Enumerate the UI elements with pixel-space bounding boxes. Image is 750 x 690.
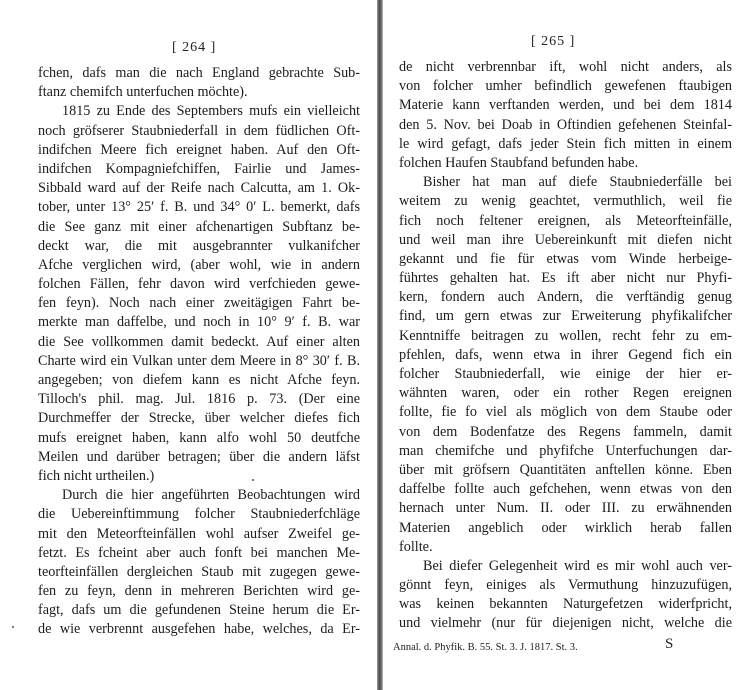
book-spread: [ 264 ] fchen, dafs man die nach England… — [0, 0, 750, 690]
text-line: folcher Staubniederfall, wie einige der … — [399, 365, 732, 384]
text-line: Tilloch's phil. mag. Jul. 1816 p. 73. (D… — [38, 390, 360, 409]
text-line: hernach unter Num. II. oder III. zu erwä… — [399, 499, 732, 518]
text-line: merkte man daffelbe, und noch in 10° 9′ … — [38, 313, 360, 332]
text-line: indifchen Meere fich ereignet haben. Auf… — [38, 141, 360, 160]
text-line: fich noch feltener ereignen, als Meteorf… — [399, 212, 732, 231]
text-line: le wird gefagt, dafs jeder Stein fich mi… — [399, 135, 732, 154]
text-line: noch gröfserer Staubniederfall in dem fü… — [38, 122, 360, 141]
text-line: über mit gröfsern Quantitäten anftellen … — [399, 461, 732, 480]
text-line: weitem zu wenig geachtet, vermuthlich, w… — [399, 192, 732, 211]
text-line: fagt, dafs um die gefundenen Steine heru… — [38, 601, 360, 620]
text-line: deckt war, die mit ausgebrannter vulkani… — [38, 237, 360, 256]
text-line: Durchmeffer der Strecke, über welcher di… — [38, 409, 360, 428]
text-line: indifchen Kompagniefchiffen, Fairlie und… — [38, 160, 360, 179]
text-line: de wie verbrennt ausgefehen habe, welche… — [38, 620, 360, 639]
text-line: Bisher hat man auf diefe Staubniederfäll… — [399, 173, 732, 192]
left-page: [ 264 ] fchen, dafs man die nach England… — [0, 0, 377, 690]
text-line: teorfteinfällen dergleichen Staub mit zu… — [38, 563, 360, 582]
text-line: daffelbe follte auch gefchehen, wenn etw… — [399, 480, 732, 499]
text-line: fich nicht urtheilen.) — [38, 467, 360, 486]
text-line: Materie kann verftanden werden, und bei … — [399, 96, 732, 115]
text-line: 1815 zu Ende des Septembers mufs ein vie… — [38, 102, 360, 121]
page-number-right: [ 265 ] — [531, 34, 575, 50]
text-line: führtes gehalten hat. Es ift aber nicht … — [399, 269, 732, 288]
text-line: mufs ereignet haben, kann alfo wohl 50 d… — [38, 429, 360, 448]
text-line: Sibbald ward auf der Reife nach Calcutta… — [38, 179, 360, 198]
text-line: pfehlen, dafs, wenn etwa in ihrer Gegend… — [399, 346, 732, 365]
print-speck — [252, 479, 254, 481]
text-line: follte, fie fo viel als möglich von dem … — [399, 403, 732, 422]
text-line: und vielmehr (nur für diejenigen nicht, … — [399, 614, 732, 633]
text-line: man chemifche und phyfifche Unterfuchung… — [399, 442, 732, 461]
text-line: Meilen und darüber betragen; über die an… — [38, 448, 360, 467]
text-line: den 5. Nov. bei Doab in Oftindien gefehe… — [399, 116, 732, 135]
text-line: und weil man ihre Uebereinkunft mit dief… — [399, 231, 732, 250]
text-line: ftanz chemifch unterfuchen möchte). — [38, 83, 360, 102]
text-line: fetzt. Es fcheint aber auch fonft bei ma… — [38, 544, 360, 563]
right-page: [ 265 ] de nicht verbrennbar ift, wohl n… — [383, 0, 750, 690]
text-line: die See vollkommen damit bedeckt. Auf ei… — [38, 333, 360, 352]
text-line: folchen Haufen Staubfand befunden habe. — [399, 154, 732, 173]
text-line: wähnten waren, oder ein rother Regen ere… — [399, 384, 732, 403]
left-page-text: fchen, dafs man die nach England gebrach… — [38, 64, 360, 640]
text-line: fchen, dafs man die nach England gebrach… — [38, 64, 360, 83]
text-line: kern, fondern auch Andern, die verftändi… — [399, 288, 732, 307]
text-line: fen zu feyn, denn in mehreren Berichten … — [38, 582, 360, 601]
text-line: die See ganz mit einer afchenartigen Sub… — [38, 218, 360, 237]
text-line: von dem Bodenfatze des Regens fammeln, d… — [399, 423, 732, 442]
text-line: angegeben; von diefem kann es nicht Afch… — [38, 371, 360, 390]
text-line: folchen Fällen, fehr davon wird verfchie… — [38, 275, 360, 294]
text-line: Charte wird ein Vulkan unter dem Meere i… — [38, 352, 360, 371]
page-number-left: [ 264 ] — [172, 40, 216, 56]
text-line: fen feyn). Noch nach einer zweitägigen F… — [38, 294, 360, 313]
print-speck — [12, 626, 14, 628]
page-footer-citation: Annal. d. Phyfik. B. 55. St. 3. J. 1817.… — [393, 642, 693, 653]
text-line: Kenntniffe beitragen zu wollen, recht fe… — [399, 327, 732, 346]
text-line: find, um gern etwas zur Erweiterung phyf… — [399, 307, 732, 326]
text-line: die Uebereinftimmung folcher Staubnieder… — [38, 505, 360, 524]
signature-mark: S — [665, 636, 673, 653]
text-line: mit den Meteorfteinfällen wohl aufser Zw… — [38, 525, 360, 544]
text-line: Afche verglichen wird, (aber wohl, wie i… — [38, 256, 360, 275]
text-line: gönnt feyn, einiges als Vermuthung hinzu… — [399, 576, 732, 595]
text-line: de nicht verbrennbar ift, wohl nicht and… — [399, 58, 732, 77]
text-line: Bei diefer Gelegenheit wird es mir wohl … — [399, 557, 732, 576]
text-line: von folcher umher befindlich gewefenen f… — [399, 77, 732, 96]
text-line: tober, unter 13° 25′ f. B. und 34° 0′ L.… — [38, 198, 360, 217]
right-page-text: de nicht verbrennbar ift, wohl nicht and… — [399, 58, 732, 634]
text-line: was keinen bekannten Naturgefetzen wider… — [399, 595, 732, 614]
text-line: Materien angeblich oder wirklich herab f… — [399, 519, 732, 538]
text-line: gekannt und fie für etwas vom Winde herb… — [399, 250, 732, 269]
text-line: Durch die hier angeführten Beobachtungen… — [38, 486, 360, 505]
text-line: follte. — [399, 538, 732, 557]
